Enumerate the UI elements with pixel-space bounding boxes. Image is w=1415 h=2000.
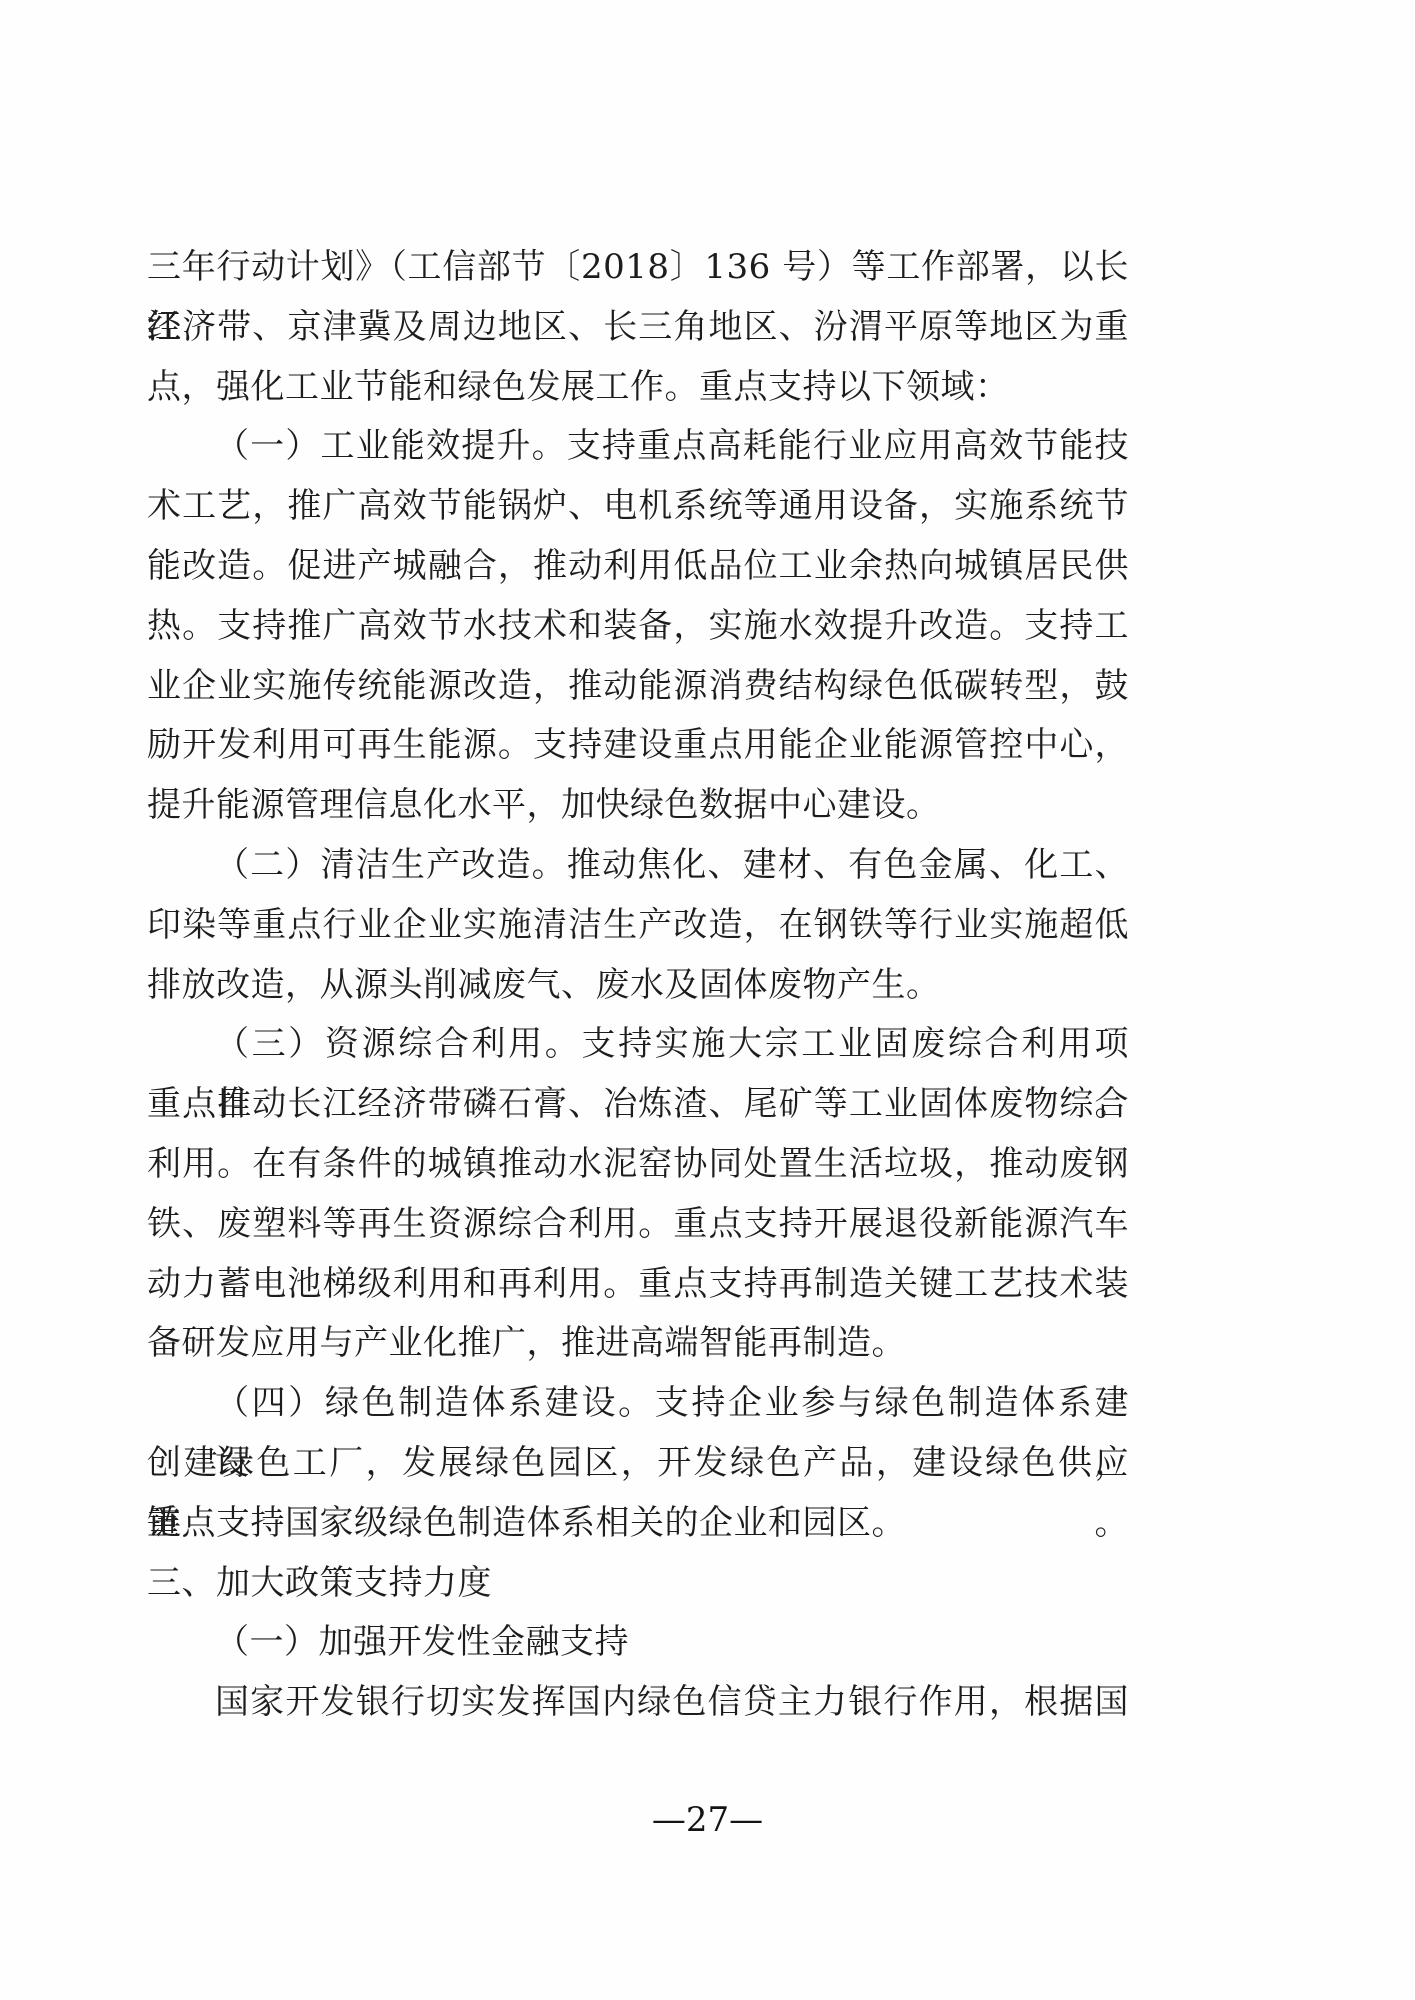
- text-line: 能改造。促进产城融合，推动利用低品位工业余热向城镇居民供: [147, 537, 1129, 597]
- text-line: （二）清洁生产改造。推动焦化、建材、有色金属、化工、: [147, 836, 1129, 896]
- text-line: 三、加大政策支持力度: [147, 1554, 1129, 1614]
- page-number: —27—: [0, 1800, 1415, 1840]
- text-line: 利用。在有条件的城镇推动水泥窑协同处置生活垃圾，推动废钢: [147, 1135, 1129, 1195]
- text-line: 排放改造，从源头削减废气、废水及固体废物产生。: [147, 956, 1129, 1016]
- text-line: 励开发利用可再生能源。支持建设重点用能企业能源管控中心，: [147, 716, 1129, 776]
- text-line: （一）工业能效提升。支持重点高耗能行业应用高效节能技: [147, 417, 1129, 477]
- text-line: 动力蓄电池梯级利用和再利用。重点支持再制造关键工艺技术装: [147, 1255, 1129, 1315]
- text-line: 点，强化工业节能和绿色发展工作。重点支持以下领域：: [147, 358, 1129, 418]
- text-line: 热。支持推广高效节水技术和装备，实施水效提升改造。支持工: [147, 597, 1129, 657]
- text-line: 印染等重点行业企业实施清洁生产改造，在钢铁等行业实施超低: [147, 896, 1129, 956]
- document-body: 三年行动计划》（工信部节〔2018〕136 号）等工作部署，以长江经济带、京津冀…: [147, 238, 1129, 1733]
- text-line: 备研发应用与产业化推广，推进高端智能再制造。: [147, 1314, 1129, 1374]
- text-line: （四）绿色制造体系建设。支持企业参与绿色制造体系建设，: [147, 1374, 1129, 1434]
- text-line: 三年行动计划》（工信部节〔2018〕136 号）等工作部署，以长江: [147, 238, 1129, 298]
- text-line: 国家开发银行切实发挥国内绿色信贷主力银行作用，根据国: [147, 1673, 1129, 1733]
- text-line: （三）资源综合利用。支持实施大宗工业固废综合利用项目。: [147, 1015, 1129, 1075]
- text-line: 重点推动长江经济带磷石膏、冶炼渣、尾矿等工业固体废物综合: [147, 1075, 1129, 1135]
- document-page: 三年行动计划》（工信部节〔2018〕136 号）等工作部署，以长江经济带、京津冀…: [0, 0, 1415, 2000]
- text-line: 业企业实施传统能源改造，推动能源消费结构绿色低碳转型，鼓: [147, 657, 1129, 717]
- text-line: 创建绿色工厂，发展绿色园区，开发绿色产品，建设绿色供应链。: [147, 1434, 1129, 1494]
- text-line: 铁、废塑料等再生资源综合利用。重点支持开展退役新能源汽车: [147, 1195, 1129, 1255]
- text-line: 提升能源管理信息化水平，加快绿色数据中心建设。: [147, 776, 1129, 836]
- text-line: 术工艺，推广高效节能锅炉、电机系统等通用设备，实施系统节: [147, 477, 1129, 537]
- text-line: 经济带、京津冀及周边地区、长三角地区、汾渭平原等地区为重: [147, 298, 1129, 358]
- text-line: （一）加强开发性金融支持: [147, 1613, 1129, 1673]
